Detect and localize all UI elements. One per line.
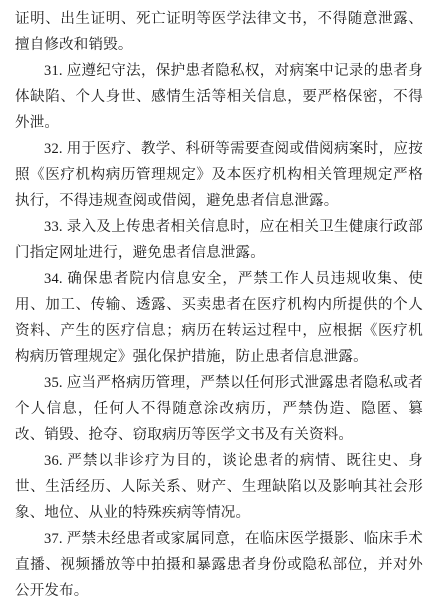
paragraph-item-32: 32. 用于医疗、教学、科研等需要查阅或借阅病案时，应按照《医疗机构病历管理规定… xyxy=(15,136,423,214)
document-page: 证明、出生证明、死亡证明等医学法律文书，不得随意泄露、擅自修改和销毁。 31. … xyxy=(0,0,438,596)
paragraph-item-37: 37. 严禁未经患者或家属同意，在临床医学摄影、临床手术直播、视频播放等中拍摄和… xyxy=(15,526,423,596)
paragraph-continuation: 证明、出生证明、死亡证明等医学法律文书，不得随意泄露、擅自修改和销毁。 xyxy=(15,6,423,58)
paragraph-item-34: 34. 确保患者院内信息安全，严禁工作人员违规收集、使用、加工、传输、透露、买卖… xyxy=(15,266,423,370)
paragraph-item-36: 36. 严禁以非诊疗为目的，谈论患者的病情、既往史、身世、生活经历、人际关系、财… xyxy=(15,448,423,526)
paragraph-item-35: 35. 应当严格病历管理，严禁以任何形式泄露患者隐私或者个人信息，任何人不得随意… xyxy=(15,370,423,448)
paragraph-item-33: 33. 录入及上传患者相关信息时，应在相关卫生健康行政部门指定网址进行，避免患者… xyxy=(15,214,423,266)
paragraph-item-31: 31. 应遵纪守法，保护患者隐私权，对病案中记录的患者身体缺陷、个人身世、感情生… xyxy=(15,58,423,136)
